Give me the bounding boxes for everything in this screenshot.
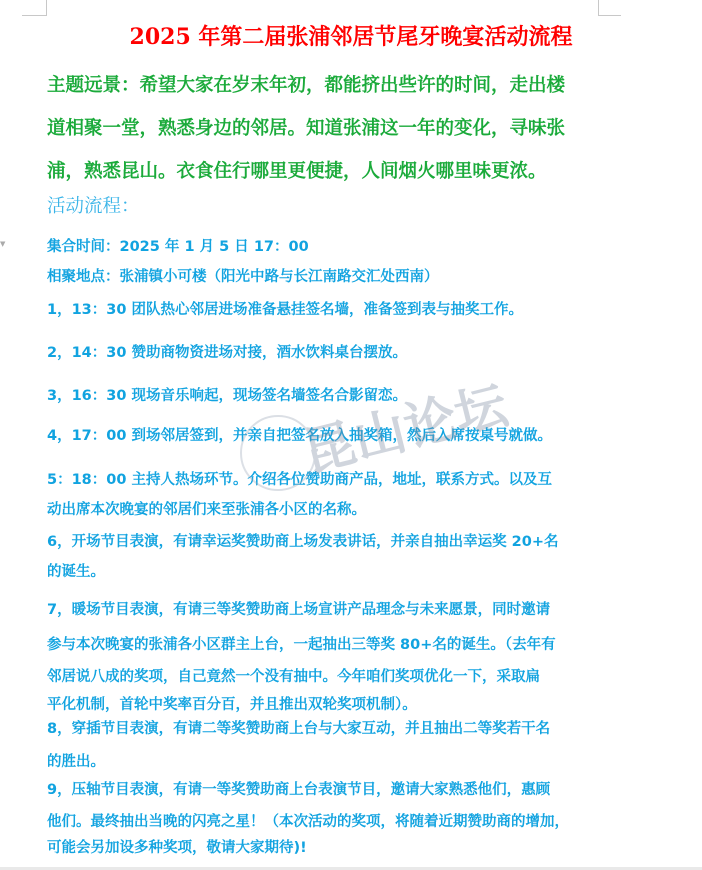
paragraph-marker-icon: ▼	[0, 240, 5, 248]
theme-paragraph: 主题远景：希望大家在岁末年初，都能挤出些许的时间，走出楼 道相聚一堂，熟悉身边的…	[47, 64, 617, 193]
document-title: 2025 年第二届张浦邻居节尾牙晚宴活动流程	[0, 20, 702, 51]
step-line: 可能会另加设多种奖项，敬请大家期待)!	[47, 837, 612, 859]
step-line: 4，17：00 到场邻居签到，并亲自把签名放入抽奖箱，然后入席按桌号就做。	[47, 424, 612, 445]
step-line: 8，穿插节目表演，有请二等奖赞助商上台与大家互动，并且抽出二等奖若干名	[47, 713, 612, 746]
theme-line: 道相聚一堂，熟悉身边的邻居。知道张浦这一年的变化，寻味张	[47, 107, 617, 150]
gather-time: 集合时间：2025 年 1 月 5 日 17：00	[47, 235, 612, 256]
theme-line: 主题远景：希望大家在岁末年初，都能挤出些许的时间，走出楼	[47, 64, 617, 107]
step-line: 他们。最终抽出当晚的闪亮之星！（本次活动的奖项，将随着近期赞助商的增加，	[47, 807, 612, 837]
step-9: 9，压轴节目表演，有请一等奖赞助商上台表演节目，邀请大家熟悉他们，惠顾 他们。最…	[47, 774, 612, 859]
step-line: 5：18：00 主持人热场环节。介绍各位赞助商产品，地址，联系方式。以及互	[47, 465, 612, 495]
step-line: 动出席本次晚宴的邻居们来至张浦各小区的名称。	[47, 495, 612, 525]
step-7: 7，暖场节目表演，有请三等奖赞助商上场宣讲产品理念与未来愿景，同时邀请 参与本次…	[47, 590, 612, 716]
section-heading: 活动流程：	[47, 192, 140, 218]
step-line: 6，开场节目表演，有请幸运奖赞助商上场发表讲话，并亲自抽出幸运奖 20+名	[47, 527, 612, 557]
step-1: 1，13：30 团队热心邻居进场准备悬挂签名墙，准备签到表与抽奖工作。	[47, 298, 612, 319]
step-8: 8，穿插节目表演，有请二等奖赞助商上台与大家互动，并且抽出二等奖若干名 的胜出。	[47, 713, 612, 779]
step-line: 7，暖场节目表演，有请三等奖赞助商上场宣讲产品理念与未来愿景，同时邀请	[47, 590, 612, 630]
page-crop-mark-right	[598, 0, 621, 16]
step-2: 2，14：30 赞助商物资进场对接，酒水饮料桌台摆放。	[47, 341, 612, 362]
step-5: 5：18：00 主持人热场环节。介绍各位赞助商产品，地址，联系方式。以及互 动出…	[47, 465, 612, 525]
step-line: 1，13：30 团队热心邻居进场准备悬挂签名墙，准备签到表与抽奖工作。	[47, 298, 612, 319]
step-4: 4，17：00 到场邻居签到，并亲自把签名放入抽奖箱，然后入席按桌号就做。	[47, 424, 612, 445]
step-line: 参与本次晚宴的张浦各小区群主上台，一起抽出三等奖 80+名的诞生。（去年有	[47, 630, 612, 660]
step-6: 6，开场节目表演，有请幸运奖赞助商上场发表讲话，并亲自抽出幸运奖 20+名 的诞…	[47, 527, 612, 587]
location: 相聚地点：张浦镇小可楼（阳光中路与长江南路交汇处西南）	[47, 265, 612, 286]
step-line: 3，16：30 现场音乐响起，现场签名墙签名合影留恋。	[47, 384, 612, 405]
step-line: 2，14：30 赞助商物资进场对接，酒水饮料桌台摆放。	[47, 341, 612, 362]
step-line: 的诞生。	[47, 557, 612, 587]
step-line: 邻居说八成的奖项，自己竟然一个没有抽中。今年咱们奖项优化一下，采取扁	[47, 660, 612, 694]
step-line: 9，压轴节目表演，有请一等奖赞助商上台表演节目，邀请大家熟悉他们，惠顾	[47, 774, 612, 807]
page-crop-mark-left	[22, 0, 47, 16]
step-3: 3，16：30 现场音乐响起，现场签名墙签名合影留恋。	[47, 384, 612, 405]
theme-line: 浦，熟悉昆山。衣食住行哪里更便捷，人间烟火哪里味更浓。	[47, 150, 617, 193]
